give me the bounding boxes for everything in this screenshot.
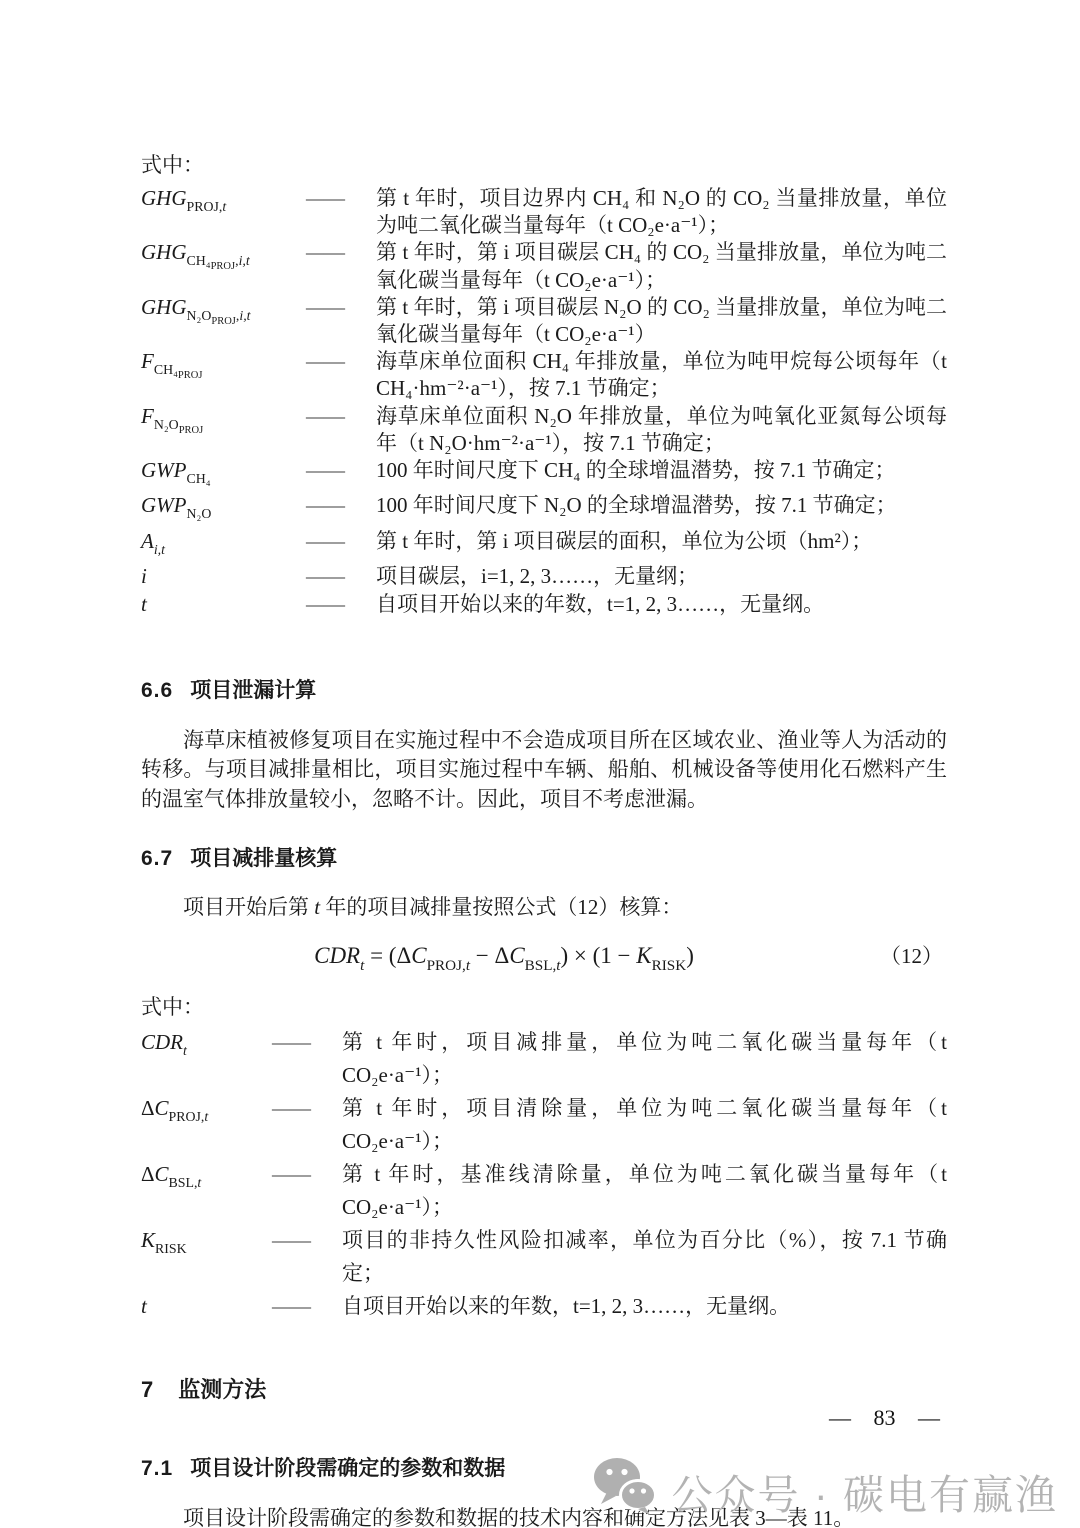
section-heading-7: 7 监测方法 (141, 1373, 947, 1404)
variable-description: 海草床单位面积 CH₄ 年排放量，单位为吨甲烷每公顷每年（t CH₄·hm⁻²·… (376, 348, 947, 402)
variable-description: 第 t 年时，项目清除量，单位为吨二氧化碳当量每年（t CO₂e·a⁻¹）； (342, 1092, 947, 1158)
definition-row: GHGN₂OPROJ,i,t——第 t 年时，第 i 项目碳层 N₂O 的 CO… (141, 294, 947, 348)
variable-symbol: ΔCBSL,t (141, 1158, 272, 1199)
equation-row: CDRt = (ΔCPROJ,t − ΔCBSL,t) × (1 − KRISK… (141, 936, 947, 976)
definition-dash: —— (306, 563, 376, 590)
equation-12: CDRt = (ΔCPROJ,t − ΔCBSL,t) × (1 − KRISK… (141, 936, 867, 986)
variable-description: 100 年时间尺度下 N₂O 的全球增温潜势，按 7.1 节确定； (376, 492, 947, 519)
definition-row: GHGCH₄PROJ,i,t——第 t 年时，第 i 项目碳层 CH₄ 的 CO… (141, 239, 947, 293)
definition-row: ΔCBSL,t——第 t 年时，基准线清除量，单位为吨二氧化碳当量每年（t CO… (141, 1158, 947, 1224)
page-content: 式中： GHGPROJ,t——第 t 年时，项目边界内 CH₄ 和 N₂O 的 … (141, 150, 947, 1528)
definition-dash: —— (306, 492, 376, 519)
definition-row: GWPCH₄——100 年时间尺度下 CH₄ 的全球增温潜势，按 7.1 节确定… (141, 457, 947, 492)
definition-dash: —— (306, 457, 376, 484)
variable-description: 第 t 年时，基准线清除量，单位为吨二氧化碳当量每年（t CO₂e·a⁻¹）； (342, 1158, 947, 1224)
variable-symbol: GWPN₂O (141, 492, 306, 527)
definition-row: t——自项目开始以来的年数，t=1, 2, 3……，无量纲。 (141, 1290, 947, 1323)
section-title: 项目减排量核算 (190, 842, 337, 872)
variable-description: 自项目开始以来的年数，t=1, 2, 3……，无量纲。 (376, 591, 947, 618)
section-number: 7 (141, 1377, 154, 1403)
wechat-icon (592, 1456, 658, 1526)
where-label-2: 式中： (141, 992, 947, 1022)
definition-row: ΔCPROJ,t——第 t 年时，项目清除量，单位为吨二氧化碳当量每年（t CO… (141, 1092, 947, 1158)
section-number: 6.7 (141, 847, 173, 871)
equation-number: （12） (880, 936, 943, 976)
watermark-text: 公众号 · 碳电有赢渔 (672, 1462, 1058, 1521)
definition-row: CDRt——第 t 年时，项目减排量，单位为吨二氧化碳当量每年（t CO₂e·a… (141, 1026, 947, 1092)
variable-symbol: FN₂OPROJ (141, 403, 306, 444)
section-title: 监测方法 (178, 1373, 266, 1404)
definition-dash: —— (272, 1158, 342, 1191)
definition-dash: —— (306, 239, 376, 266)
variable-symbol: Ai,t (141, 528, 306, 563)
definition-dash: —— (306, 528, 376, 555)
variable-symbol: ΔCPROJ,t (141, 1092, 272, 1133)
definition-row: GWPN₂O——100 年时间尺度下 N₂O 的全球增温潜势，按 7.1 节确定… (141, 492, 947, 527)
variable-symbol: FCH₄PROJ (141, 348, 306, 389)
variable-description: 海草床单位面积 N₂O 年排放量，单位为吨氧化亚氮每公顷每年（t N₂O·hm⁻… (376, 403, 947, 457)
definition-dash: —— (306, 403, 376, 430)
variable-description: 100 年时间尺度下 CH₄ 的全球增温潜势，按 7.1 节确定； (376, 457, 947, 484)
variable-description: 第 t 年时，第 i 项目碳层 N₂O 的 CO₂ 当量排放量，单位为吨二氧化碳… (376, 294, 947, 348)
section-heading-6-7: 6.7 项目减排量核算 (141, 842, 947, 872)
where-label-1: 式中： (141, 150, 947, 180)
definition-row: KRISK——项目的非持久性风险扣减率，单位为百分比（%），按 7.1 节确定； (141, 1224, 947, 1290)
section-heading-6-6: 6.6 项目泄漏计算 (141, 674, 947, 704)
definition-list-2: CDRt——第 t 年时，项目减排量，单位为吨二氧化碳当量每年（t CO₂e·a… (141, 1026, 947, 1323)
section-title: 项目设计阶段需确定的参数和数据 (190, 1452, 505, 1482)
section-number: 7.1 (141, 1457, 173, 1481)
section-6-6-paragraph: 海草床植被修复项目在实施过程中不会造成项目所在区域农业、渔业等人为活动的转移。与… (141, 726, 947, 815)
watermark: 公众号 · 碳电有赢渔 (592, 1456, 1058, 1526)
definition-list-1: GHGPROJ,t——第 t 年时，项目边界内 CH₄ 和 N₂O 的 CO₂ … (141, 185, 947, 618)
definition-dash: —— (306, 348, 376, 375)
variable-symbol: i (141, 563, 306, 590)
section-number: 6.6 (141, 679, 173, 703)
definition-row: i——项目碳层，i=1, 2, 3……，无量纲； (141, 563, 947, 590)
definition-row: t——自项目开始以来的年数，t=1, 2, 3……，无量纲。 (141, 591, 947, 618)
variable-description: 项目的非持久性风险扣减率，单位为百分比（%），按 7.1 节确定； (342, 1224, 947, 1290)
definition-dash: —— (306, 185, 376, 212)
variable-symbol: CDRt (141, 1026, 272, 1067)
definition-dash: —— (272, 1092, 342, 1125)
definition-dash: —— (272, 1026, 342, 1059)
variable-symbol: GWPCH₄ (141, 457, 306, 492)
definition-dash: —— (306, 294, 376, 321)
section-title: 项目泄漏计算 (190, 674, 316, 704)
definition-dash: —— (272, 1290, 342, 1323)
variable-symbol: KRISK (141, 1224, 272, 1265)
definition-dash: —— (272, 1224, 342, 1257)
definition-row: FCH₄PROJ——海草床单位面积 CH₄ 年排放量，单位为吨甲烷每公顷每年（t… (141, 348, 947, 402)
variable-description: 项目碳层，i=1, 2, 3……，无量纲； (376, 563, 947, 590)
variable-symbol: GHGPROJ,t (141, 185, 306, 220)
variable-symbol: GHGCH₄PROJ,i,t (141, 239, 306, 280)
variable-description: 自项目开始以来的年数，t=1, 2, 3……，无量纲。 (342, 1290, 947, 1323)
section-6-7-intro: 项目开始后第 t 年的项目减排量按照公式（12）核算： (141, 893, 947, 923)
variable-description: 第 t 年时，项目边界内 CH₄ 和 N₂O 的 CO₂ 当量排放量，单位为吨二… (376, 185, 947, 239)
variable-description: 第 t 年时，第 i 项目碳层 CH₄ 的 CO₂ 当量排放量，单位为吨二氧化碳… (376, 239, 947, 293)
variable-symbol: t (141, 1290, 272, 1323)
variable-description: 第 t 年时，第 i 项目碳层的面积，单位为公顷（hm²）； (376, 528, 947, 555)
definition-row: Ai,t——第 t 年时，第 i 项目碳层的面积，单位为公顷（hm²）； (141, 528, 947, 563)
variable-symbol: t (141, 591, 306, 618)
document-page: 式中： GHGPROJ,t——第 t 年时，项目边界内 CH₄ 和 N₂O 的 … (0, 0, 1080, 1528)
page-number: — 83 — (829, 1405, 940, 1431)
variable-symbol: GHGN₂OPROJ,i,t (141, 294, 306, 335)
variable-description: 第 t 年时，项目减排量，单位为吨二氧化碳当量每年（t CO₂e·a⁻¹）； (342, 1026, 947, 1092)
definition-dash: —— (306, 591, 376, 618)
definition-row: GHGPROJ,t——第 t 年时，项目边界内 CH₄ 和 N₂O 的 CO₂ … (141, 185, 947, 239)
definition-row: FN₂OPROJ——海草床单位面积 N₂O 年排放量，单位为吨氧化亚氮每公顷每年… (141, 403, 947, 457)
